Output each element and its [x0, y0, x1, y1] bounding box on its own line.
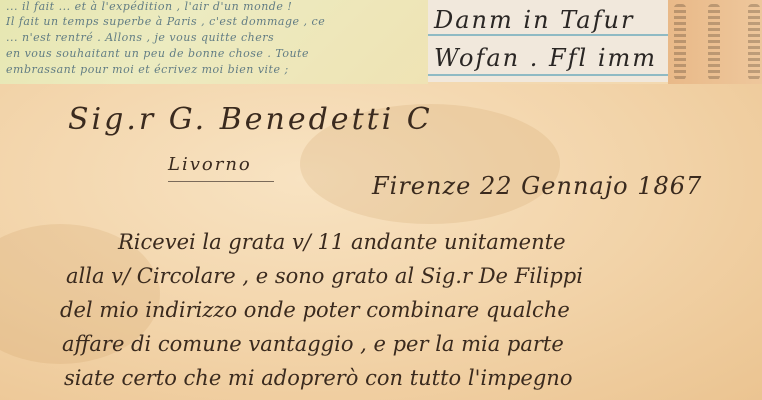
vertical-script [748, 4, 760, 80]
french-letter-fragment: ... il fait ... et à l'expédition , l'ai… [0, 0, 428, 84]
dateline: Firenze 22 Gennajo 1867 [372, 172, 702, 200]
french-line-4: en vous souhaitant un peu de bonne chose… [6, 47, 309, 60]
body-line-5: siate certo che mi adoprerò con tutto l'… [64, 366, 572, 390]
body-line-1: Ricevei la grata v/ 11 andante unitament… [118, 230, 566, 254]
ruled-line [428, 34, 668, 36]
addressee: Sig.r G. Benedetti C [68, 102, 433, 137]
body-line-2: alla v/ Circolare , e sono grato al Sig.… [66, 264, 583, 288]
city: Livorno [168, 154, 274, 182]
ruled-line [428, 74, 668, 76]
german-line-2: Wofan . Ffl imm [434, 44, 657, 72]
german-letter-fragment: Danm in Tafur Wofan . Ffl imm [428, 0, 668, 82]
body-line-3: del mio indirizzo onde poter combinare q… [60, 298, 570, 322]
vertical-script [708, 4, 720, 80]
vertical-script [674, 4, 686, 80]
french-line-5: embrassant pour moi et écrivez moi bien … [6, 63, 289, 76]
italian-letter: Sig.r G. Benedetti C Livorno Firenze 22 … [0, 84, 762, 400]
french-line-2: Il fait un temps superbe à Paris , c'est… [6, 15, 325, 28]
vertical-text-document-fragment [668, 0, 762, 84]
german-line-1: Danm in Tafur [434, 6, 634, 34]
french-line-3: ... n'est rentré . Allons , je vous quit… [6, 31, 274, 44]
french-line-1: ... il fait ... et à l'expédition , l'ai… [6, 0, 292, 13]
body-line-4: affare di comune vantaggio , e per la mi… [62, 332, 564, 356]
